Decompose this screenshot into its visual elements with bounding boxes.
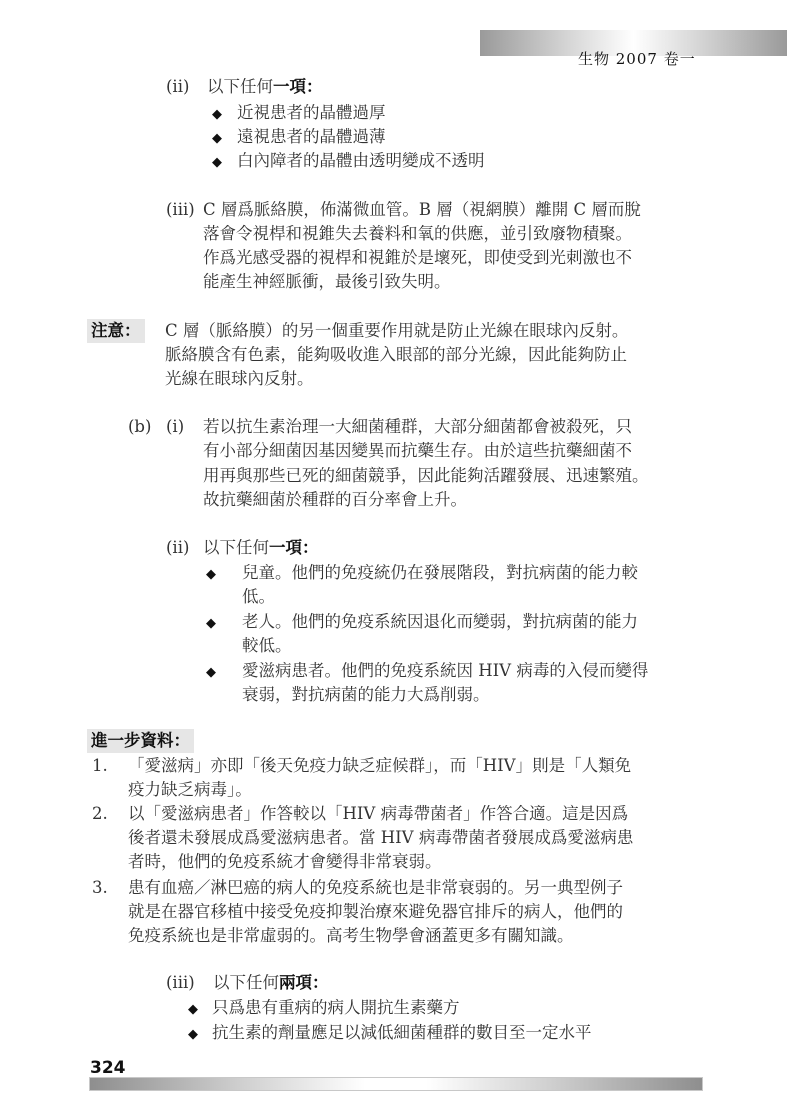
b-iii-bullet-2: 抗生素的劑量應足以減低細菌種群的數目至一定水平: [212, 1022, 592, 1044]
further-item-2-line-1: 以「愛滋病患者」作答較以「HIV 病毒帶菌者」作答合適。這是因爲: [128, 803, 628, 825]
b-i-line-1: 若以抗生素治理一大細菌種群，大部分細菌都會被殺死，只: [203, 416, 632, 438]
diamond-bullet-icon: ◆: [188, 1027, 198, 1042]
further-item-3-line-1: 患有血癌／淋巴癌的病人的免疫系統也是非常衰弱的。另一典型例子: [128, 877, 623, 899]
b-ii-bullet-3-line-2: 衰弱，對抗病菌的能力大爲削弱。: [242, 684, 490, 706]
footer-gradient-bar: [89, 1077, 703, 1091]
b-ii-bullet-3-line-1: 愛滋病患者。他們的免疫系統因 HIV 病毒的入侵而變得: [242, 660, 648, 682]
diamond-bullet-icon: ◆: [212, 107, 222, 122]
b-ii-bullet-2-line-1: 老人。他們的免疫系統因退化而變弱，對抗病菌的能力: [242, 611, 638, 633]
a-ii-intro: 以下任何一項：: [207, 76, 323, 98]
a-iii-line-2: 落會令視桿和視錐失去養料和氧的供應，並引致廢物積聚。: [203, 223, 632, 245]
diamond-bullet-icon: ◆: [212, 131, 222, 146]
a-iii-line-4: 能產生神經脈衝，最後引致失明。: [203, 271, 451, 293]
a-iii-line-3: 作爲光感受器的視桿和視錐於是壞死，即使受到光刺激也不: [203, 247, 632, 269]
further-item-3-line-2: 就是在器官移植中接受免疫抑製治療來避免器官排斥的病人，他們的: [128, 901, 623, 923]
further-item-1-num: 1.: [92, 755, 108, 777]
b-iii-bullet-1: 只爲患有重病的病人開抗生素藥方: [212, 997, 460, 1019]
b-i-line-4: 故抗藥細菌於種群的百分率會上升。: [203, 489, 467, 511]
b-marker: (b): [128, 416, 151, 438]
a-ii-marker: (ii): [166, 76, 189, 98]
b-ii-bullet-1-line-1: 兒童。他們的免疫統仍在發展階段，對抗病菌的能力較: [242, 562, 638, 584]
further-item-2-num: 2.: [92, 803, 108, 825]
note-label: 注意：: [87, 319, 145, 343]
b-iii-intro: 以下任何兩項：: [213, 972, 329, 994]
b-ii-intro: 以下任何一項：: [203, 537, 319, 559]
a-ii-bullet-3: 白內障者的晶體由透明變成不透明: [237, 150, 485, 172]
b-ii-marker: (ii): [166, 537, 189, 559]
b-i-line-3: 用再與那些已死的細菌競爭，因此能夠活躍發展、迅速繁殖。: [203, 465, 649, 487]
note-line-2: 脈絡膜含有色素，能夠吸收進入眼部的部分光線，因此能夠防止: [165, 344, 627, 366]
further-item-2-line-2: 後者還未發展成爲愛滋病患者。當 HIV 病毒帶菌者發展成爲愛滋病患: [128, 827, 633, 849]
diamond-bullet-icon: ◆: [188, 1002, 198, 1017]
further-item-3-num: 3.: [92, 877, 108, 899]
further-info-label: 進一步資料：: [87, 729, 194, 753]
a-iii-line-1: C 層爲脈絡膜，佈滿微血管。B 層（視網膜）離開 C 層而脫: [203, 199, 641, 221]
b-iii-marker: (iii): [166, 972, 195, 994]
header-title: 生物 2007 卷一: [578, 48, 696, 69]
a-ii-bullet-1: 近視患者的晶體過厚: [237, 102, 386, 124]
b-i-marker: (i): [166, 416, 184, 438]
page-number: 324: [90, 1058, 126, 1078]
further-item-2-line-3: 者時，他們的免疫系統才會變得非常衰弱。: [128, 851, 442, 873]
diamond-bullet-icon: ◆: [206, 567, 216, 582]
diamond-bullet-icon: ◆: [206, 665, 216, 680]
note-line-3: 光線在眼球內反射。: [165, 368, 314, 390]
diamond-bullet-icon: ◆: [206, 616, 216, 631]
further-item-3-line-3: 免疫系統也是非常虛弱的。高考生物學會涵蓋更多有關知識。: [128, 925, 574, 947]
note-line-1: C 層（脈絡膜）的另一個重要作用就是防止光線在眼球內反射。: [165, 320, 628, 342]
b-ii-bullet-2-line-2: 較低。: [242, 635, 292, 657]
a-iii-marker: (iii): [166, 199, 195, 221]
b-ii-bullet-1-line-2: 低。: [242, 586, 275, 608]
further-item-1-line-2: 疫力缺乏病毒」。: [128, 779, 252, 801]
further-item-1-line-1: 「愛滋病」亦即「後天免疫力缺乏症候群」，而「HIV」則是「人類免: [128, 755, 631, 777]
a-ii-bullet-2: 遠視患者的晶體過薄: [237, 126, 386, 148]
b-i-line-2: 有小部分細菌因基因變異而抗藥生存。由於這些抗藥細菌不: [203, 440, 632, 462]
diamond-bullet-icon: ◆: [212, 155, 222, 170]
